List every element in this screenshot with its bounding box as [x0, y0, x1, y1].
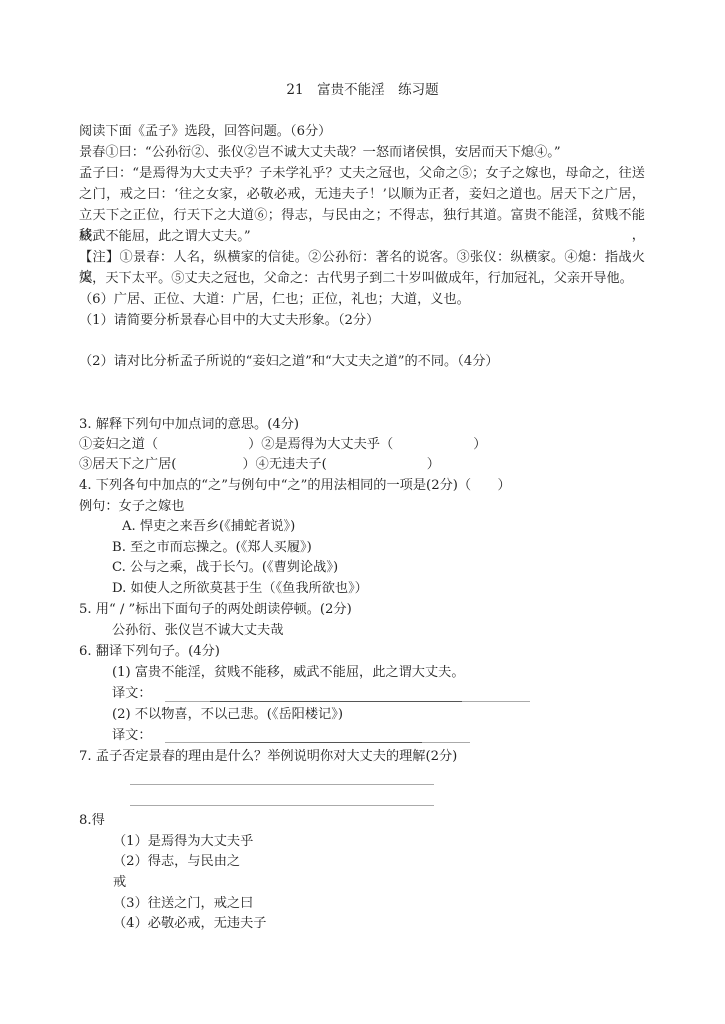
question-6-sentence-2: (2) 不以物喜，不以己悲。(《岳阳楼记》) [112, 705, 343, 725]
q3-item-3: ③居天下之广居( [79, 457, 176, 472]
option-d: D. 如使人之所欲莫甚于生（《鱼我所欲也》） [112, 579, 368, 599]
q3-item-2: ）②是焉得为大丈夫乎（ [248, 437, 393, 452]
answer-line[interactable] [130, 784, 434, 785]
passage-intro: 阅读下面《孟子》选段，回答问题。（6分） [79, 122, 331, 142]
q3-item-4: ）④无违夫子( [242, 457, 326, 472]
annotation-line: 灭，天下太平。⑤丈夫之冠也，父命之：古代男子到二十岁叫做成年，行加冠礼，父亲开导… [79, 269, 633, 289]
option-a: A. 悍吏之来吾乡(《捕蛇者说》) [122, 517, 295, 537]
passage-line: 之门，戒之曰：‘往之女家，必敬必戒，无违夫子！’以顺为正者，妾妇之道也。居天下之… [79, 185, 645, 205]
question-3-stem: 3. 解释下列句中加点词的意思。(4分) [79, 415, 299, 435]
page-title: 21 富贵不能淫 练习题 [0, 80, 725, 100]
question-1: （1）请简要分析景春心目中的大丈夫形象。（2分） [79, 311, 379, 331]
option-c: C. 公与之乘，战于长勺。(《曹刿论战》) [112, 558, 338, 578]
question-6-stem: 6. 翻译下列句子。(4分) [79, 642, 220, 662]
translation-label-2: 译文： [112, 726, 152, 746]
passage-line: 威武不能屈，此之谓大丈夫。” [79, 227, 251, 247]
q8-item: （4）必敬必戒，无违夫子 [113, 914, 266, 934]
q8-item: （3）往送之门，戒之曰 [113, 894, 253, 914]
question-7-stem: 7. 孟子否定景春的理由是什么？举例说明你对大丈夫的理解(2分) [79, 747, 457, 767]
q3-item-1: ①妾妇之道（ [79, 437, 158, 452]
answer-line[interactable] [130, 805, 434, 806]
question-8-stem: 8.得 [79, 811, 105, 831]
q8-item: （2）得志，与民由之 [113, 852, 240, 872]
translation-label-1: 译文： [112, 684, 152, 704]
question-6-sentence-1: (1) 富贵不能淫，贫贱不能移，威武不能屈，此之谓大丈夫。 [112, 663, 465, 683]
question-4-stem: 4. 下列各句中加点的“之”与例句中“之”的用法相同的一项是(2分)（ ） [79, 476, 511, 496]
answer-line-dark [230, 742, 422, 743]
question-5-stem: 5. 用“ / ”标出下面句子的两处朗读停顿。(2分) [79, 600, 352, 620]
passage-line: 景春①曰：“公孙衍②、张仪②岂不诚大丈夫哉？一怒而诸侯惧，安居而天下熄④。” [79, 143, 561, 163]
q8-item: （1）是焉得为大丈夫乎 [113, 832, 253, 852]
question-2: （2）请对比分析孟子所说的“妾妇之道”和“大丈夫之道”的不同。（4分） [79, 352, 499, 372]
passage-line: 孟子曰：“是焉得为大丈夫乎？子未学礼乎？丈夫之冠也，父命之⑤；女子之嫁也，母命之… [79, 164, 645, 184]
question-5-sentence: 公孙衍、张仪岂不诚大丈夫哉 [112, 621, 283, 641]
answer-line-dark [210, 701, 462, 702]
question-3-row-1: ①妾妇之道（）②是焉得为大丈夫乎（） [79, 435, 486, 455]
annotation-line: （6）广居、正位、大道：广居，仁也；正位，礼也；大道，义也。 [79, 290, 470, 310]
close-paren: ） [473, 437, 486, 452]
question-3-row-2: ③居天下之广居(）④无违夫子(） [79, 455, 440, 475]
option-b: B. 至之市而忘操之。(《郑人买履》) [112, 538, 312, 558]
close-paren: ） [427, 457, 440, 472]
question-4-example: 例句：女子之嫁也 [79, 497, 185, 517]
q8-item: 戒 [113, 873, 126, 893]
